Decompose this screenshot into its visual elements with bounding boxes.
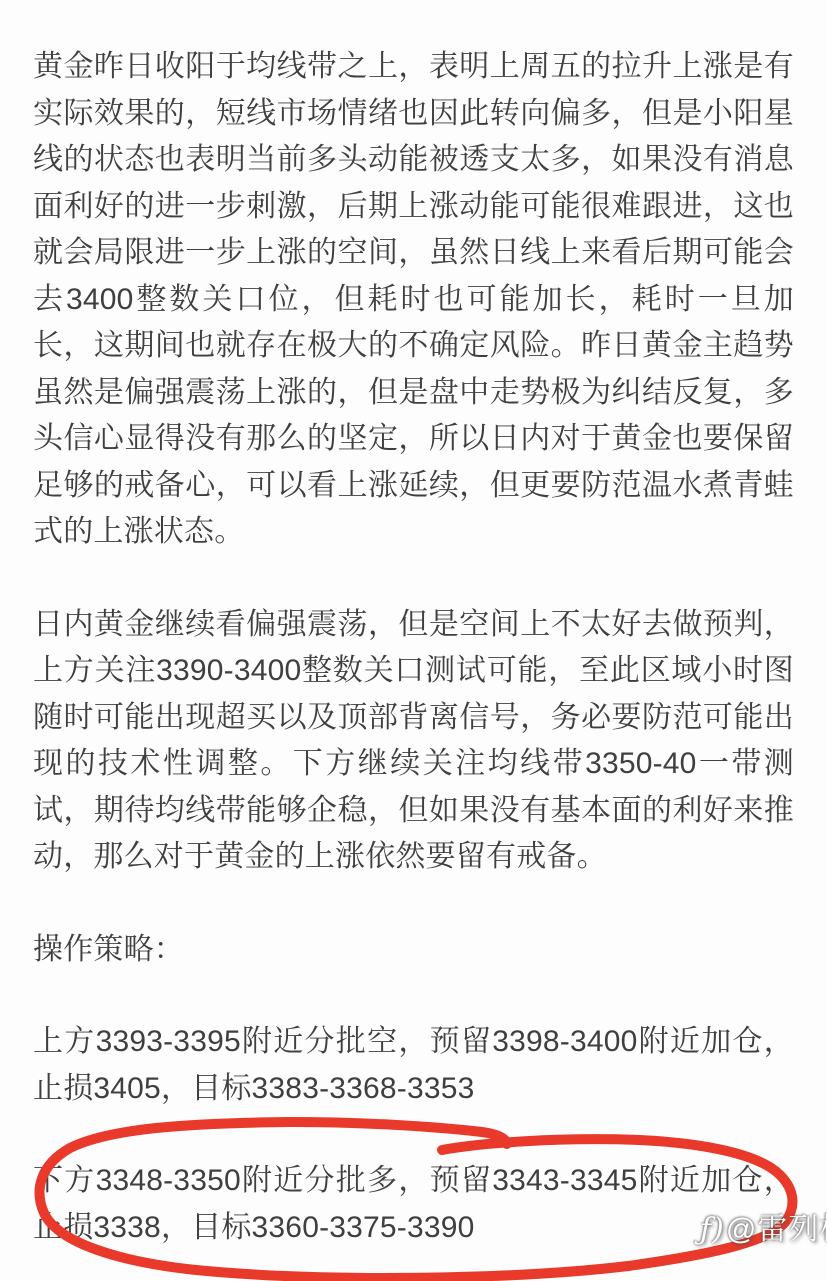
strategy-heading: 操作策略： (33, 927, 794, 974)
paragraph-daily-review: 黄金昨日收阳于均线带之上，表明上周五的拉升上涨是有实际效果的，短线市场情绪也因此… (33, 44, 794, 556)
watermark-logo-icon: ƒ) (700, 1212, 725, 1247)
strategy-short-plan: 上方3393-3395附近分批空，预留3398-3400附近加仓，止损3405，… (33, 1019, 794, 1112)
strategy-long-plan: 下方3348-3350附近分批多，预留3343-3345附近加仓，止损3338，… (33, 1158, 794, 1251)
gold-analysis-article: 黄金昨日收阳于均线带之上，表明上周五的拉升上涨是有实际效果的，短线市场情绪也因此… (0, 0, 827, 1251)
watermark-author-handle: @雷列权 (726, 1213, 827, 1246)
paragraph-intraday-outlook: 日内黄金继续看偏强震荡，但是空间上不太好去做预判，上方关注3390-3400整数… (33, 602, 794, 881)
article-page: 黄金昨日收阳于均线带之上，表明上周五的拉升上涨是有实际效果的，短线市场情绪也因此… (0, 0, 827, 1281)
watermark: ƒ)@雷列权 (700, 1213, 827, 1247)
